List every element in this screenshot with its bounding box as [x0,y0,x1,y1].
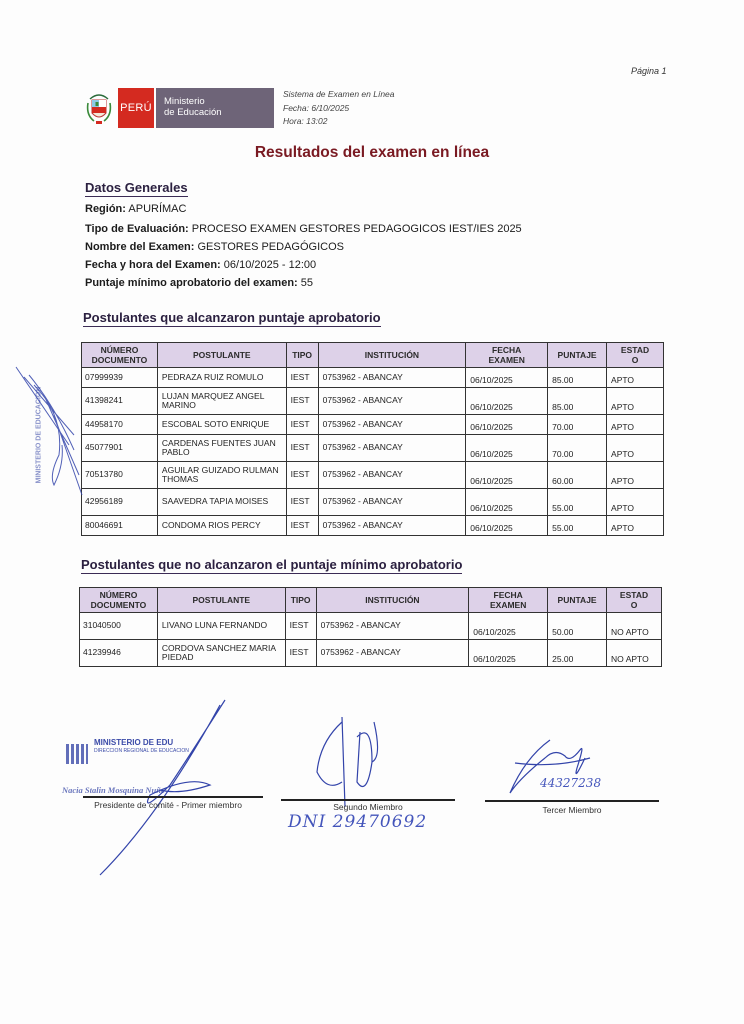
cell-type: IEST [286,489,318,516]
cell-institution: 0753962 - ABANCAY [318,489,466,516]
cell-doc: 41398241 [82,388,158,415]
not-approved-table: NÚMERODOCUMENTO POSTULANTE TIPO INSTITUC… [79,587,662,667]
table-row: 45077901CARDENAS FUENTES JUAN PABLOIEST0… [82,435,664,462]
col-name: POSTULANTE [157,588,285,613]
cell-score: 70.00 [548,415,607,435]
cell-institution: 0753962 - ABANCAY [316,613,469,640]
not-approved-heading: Postulantes que no alcanzaron el puntaje… [81,557,462,574]
cell-institution: 0753962 - ABANCAY [318,415,466,435]
cell-score: 50.00 [548,613,607,640]
field-min-score: Puntaje mínimo aprobatorio del examen: 5… [85,277,313,289]
cell-date: 06/10/2025 [466,462,548,489]
col-status: ESTADO [607,588,662,613]
signature-third-icon [505,738,615,808]
field-region: Región: APURÍMAC [85,203,186,215]
cell-score: 70.00 [548,435,607,462]
field-value: 55 [301,277,313,289]
col-score: PUNTAJE [548,588,607,613]
ministry-label: Ministerio de Educación [156,88,274,128]
cell-type: IEST [286,415,318,435]
cell-date: 06/10/2025 [469,640,548,667]
col-score: PUNTAJE [548,343,607,368]
stamp-logo-icon [66,744,88,764]
cell-type: IEST [286,388,318,415]
signature-line-second [281,799,455,801]
field-label: Puntaje mínimo aprobatorio del examen: [85,277,298,289]
ministry-line1: Ministerio [164,96,274,107]
col-institution: INSTITUCIÓN [316,588,469,613]
cell-name: CORDOVA SANCHEZ MARIA PIEDAD [157,640,285,667]
cell-status: NO APTO [607,613,662,640]
field-label: Región: [85,203,126,215]
cell-type: IEST [286,368,318,388]
field-label: Fecha y hora del Examen: [85,259,221,271]
handwritten-dni-third: 44327238 [540,776,601,790]
cell-date: 06/10/2025 [466,489,548,516]
cell-name: LUJAN MARQUEZ ANGEL MARINO [157,388,286,415]
field-value: 06/10/2025 - 12:00 [224,259,316,271]
cell-doc: 07999939 [82,368,158,388]
page-title: Resultados del examen en línea [0,144,744,162]
col-doc: NÚMERODOCUMENTO [82,343,158,368]
field-value: GESTORES PEDAGÓGICOS [197,241,344,253]
cell-doc: 42956189 [82,489,158,516]
system-name: Sistema de Examen en Línea [283,88,395,102]
cell-status: APTO [607,388,664,415]
cell-score: 85.00 [548,368,607,388]
col-type: TIPO [285,588,316,613]
cell-name: PEDRAZA RUIZ ROMULO [157,368,286,388]
cell-institution: 0753962 - ABANCAY [318,462,466,489]
cell-doc: 41239946 [80,640,158,667]
cell-doc: 80046691 [82,516,158,536]
table-row: 42956189SAAVEDRA TAPIA MOISESIEST0753962… [82,489,664,516]
signature-second-icon [312,712,392,802]
table-row: 07999939PEDRAZA RUIZ ROMULOIEST0753962 -… [82,368,664,388]
table-row: 70513780AGUILAR GUIZADO RULMAN THOMASIES… [82,462,664,489]
cell-status: APTO [607,368,664,388]
cell-status: APTO [607,489,664,516]
cell-institution: 0753962 - ABANCAY [318,516,466,536]
cell-status: APTO [607,516,664,536]
general-data-heading: Datos Generales [85,180,188,197]
peru-label: PERÚ [118,88,154,128]
col-date: FECHAEXAMEN [466,343,548,368]
approved-table: NÚMERODOCUMENTO POSTULANTE TIPO INSTITUC… [81,342,664,536]
field-value: PROCESO EXAMEN GESTORES PEDAGOGICOS IEST… [192,223,522,235]
cell-status: APTO [607,462,664,489]
cell-type: IEST [286,462,318,489]
field-label: Nombre del Examen: [85,241,194,253]
field-exam-datetime: Fecha y hora del Examen: 06/10/2025 - 12… [85,259,316,271]
cell-type: IEST [285,613,316,640]
cell-type: IEST [286,435,318,462]
cell-score: 55.00 [548,489,607,516]
report-time: Hora: 13:02 [283,115,395,129]
col-type: TIPO [286,343,318,368]
cell-date: 06/10/2025 [466,435,548,462]
cell-institution: 0753962 - ABANCAY [318,388,466,415]
signature-role-second: Segundo Miembro [281,802,455,812]
col-date: FECHAEXAMEN [469,588,548,613]
cell-date: 06/10/2025 [466,516,548,536]
cell-doc: 31040500 [80,613,158,640]
side-signature-icon [14,365,84,515]
cell-date: 06/10/2025 [466,415,548,435]
cell-name: CARDENAS FUENTES JUAN PABLO [157,435,286,462]
cell-score: 25.00 [548,640,607,667]
system-info: Sistema de Examen en Línea Fecha: 6/10/2… [283,88,395,129]
field-evaluation-type: Tipo de Evaluación: PROCESO EXAMEN GESTO… [85,223,522,235]
report-date: Fecha: 6/10/2025 [283,102,395,116]
field-value: APURÍMAC [128,203,186,215]
cell-institution: 0753962 - ABANCAY [316,640,469,667]
table-row: 31040500LIVANO LUNA FERNANDOIEST0753962 … [80,613,662,640]
cell-name: ESCOBAL SOTO ENRIQUE [157,415,286,435]
field-label: Tipo de Evaluación: [85,223,189,235]
signature-line-first [83,796,263,798]
cell-status: NO APTO [607,640,662,667]
cell-doc: 45077901 [82,435,158,462]
cell-name: AGUILAR GUIZADO RULMAN THOMAS [157,462,286,489]
cell-score: 85.00 [548,388,607,415]
col-name: POSTULANTE [157,343,286,368]
signature-role-third: Tercer Miembro [485,805,659,815]
cell-name: SAAVEDRA TAPIA MOISES [157,489,286,516]
signature-role-first: Presidente de comité - Primer miembro [83,800,253,810]
handwritten-dni-second: DNI 29470692 [288,812,427,832]
table-header-row: NÚMERODOCUMENTO POSTULANTE TIPO INSTITUC… [80,588,662,613]
cell-type: IEST [285,640,316,667]
page-number: Página 1 [631,66,667,76]
table-row: 41398241LUJAN MARQUEZ ANGEL MARINOIEST07… [82,388,664,415]
table-row: 80046691CONDOMA RIOS PERCYIEST0753962 - … [82,516,664,536]
table-header-row: NÚMERODOCUMENTO POSTULANTE TIPO INSTITUC… [82,343,664,368]
cell-type: IEST [286,516,318,536]
cell-score: 60.00 [548,462,607,489]
signature-line-third [485,800,659,802]
cell-doc: 44958170 [82,415,158,435]
coat-of-arms-icon [84,88,114,128]
cell-status: APTO [607,435,664,462]
cell-date: 06/10/2025 [466,368,548,388]
col-institution: INSTITUCIÓN [318,343,466,368]
col-status: ESTADO [607,343,664,368]
cell-doc: 70513780 [82,462,158,489]
cell-score: 55.00 [548,516,607,536]
side-stamp: MINISTERIO DE EDUCACION [14,365,84,515]
signature-first-icon [100,695,280,885]
minedu-logo: PERÚ Ministerio de Educación [84,88,274,128]
table-row: 44958170ESCOBAL SOTO ENRIQUEIEST0753962 … [82,415,664,435]
field-exam-name: Nombre del Examen: GESTORES PEDAGÓGICOS [85,241,344,253]
cell-status: APTO [607,415,664,435]
cell-institution: 0753962 - ABANCAY [318,435,466,462]
cell-date: 06/10/2025 [466,388,548,415]
cell-name: CONDOMA RIOS PERCY [157,516,286,536]
ministry-line2: de Educación [164,107,274,118]
cell-name: LIVANO LUNA FERNANDO [157,613,285,640]
cell-date: 06/10/2025 [469,613,548,640]
approved-heading: Postulantes que alcanzaron puntaje aprob… [83,310,381,327]
col-doc: NÚMERODOCUMENTO [80,588,158,613]
cell-institution: 0753962 - ABANCAY [318,368,466,388]
table-row: 41239946CORDOVA SANCHEZ MARIA PIEDADIEST… [80,640,662,667]
